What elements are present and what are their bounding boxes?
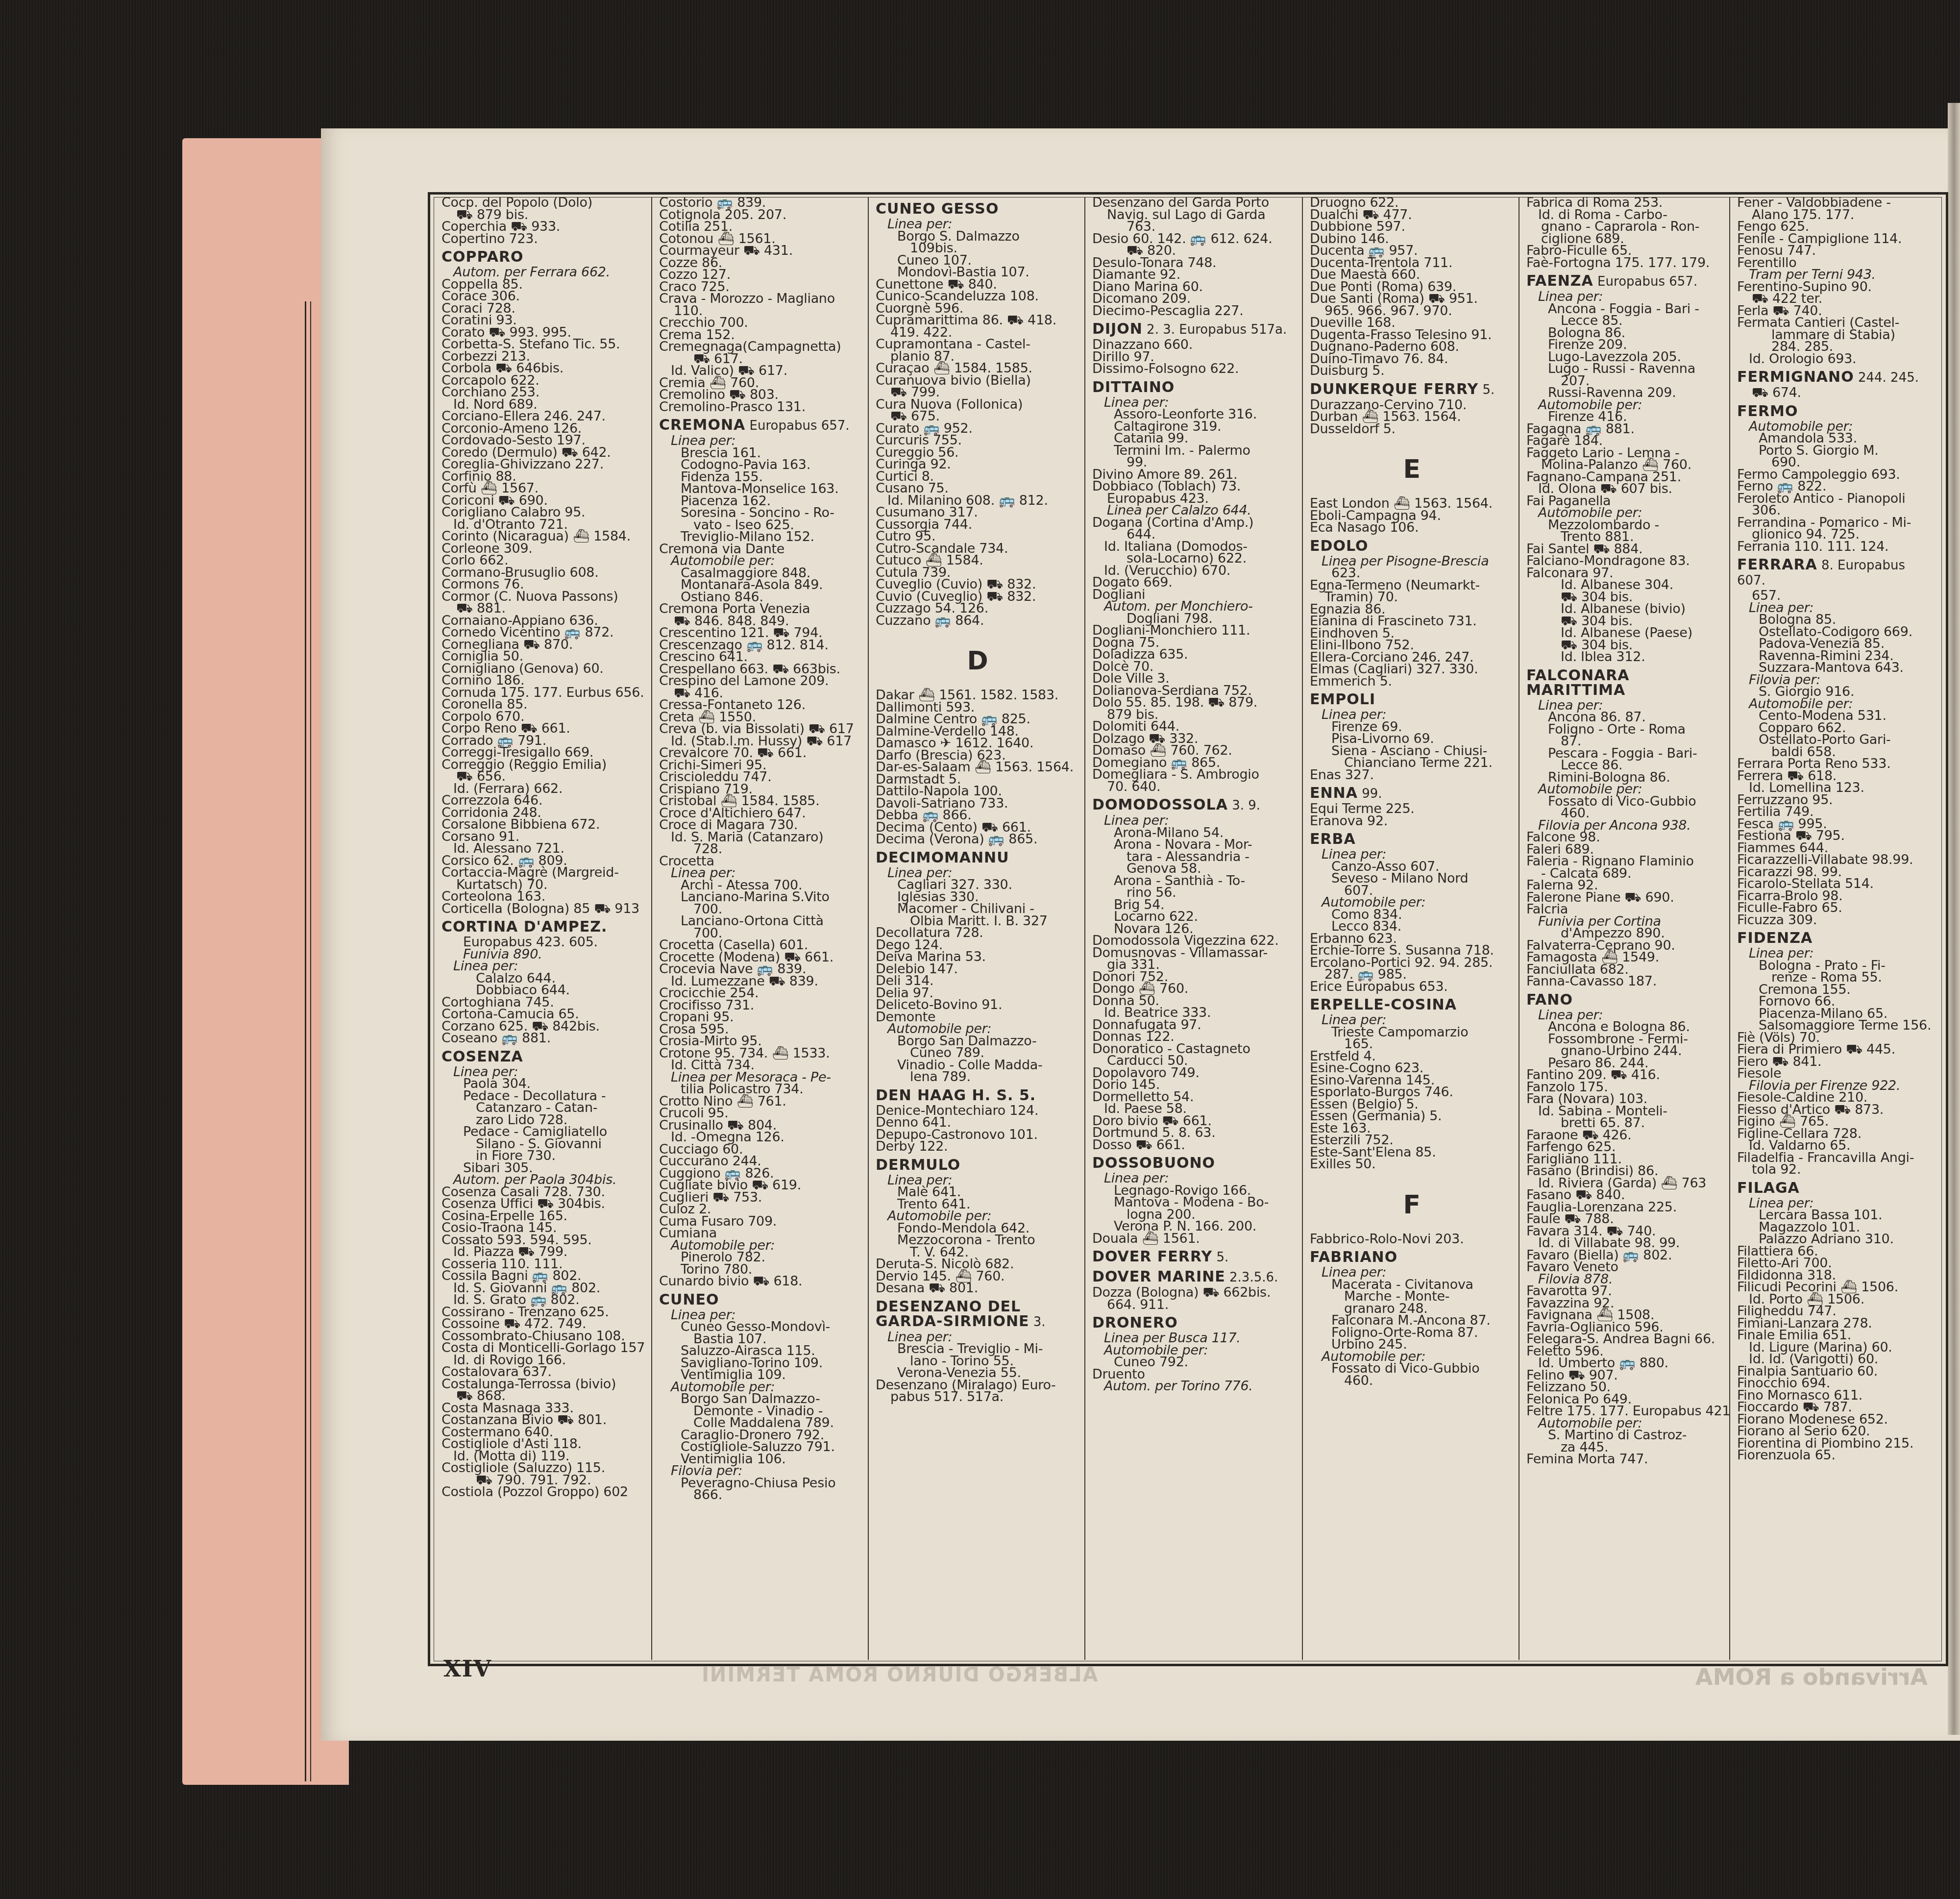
index-entry: Dusseldorf 5. bbox=[1310, 423, 1514, 436]
index-entry: Mezzocorona - Trento bbox=[876, 1234, 1079, 1247]
heading-label: DEN HAAG H. S. 5. bbox=[876, 1087, 1036, 1104]
page-number: XIV bbox=[443, 1655, 492, 1682]
index-entry: Lanciano-Marina S.Vito bbox=[659, 891, 863, 904]
heading-references: Europabus 657. bbox=[1593, 274, 1697, 289]
index-entry: Eranova 92. bbox=[1310, 815, 1514, 828]
index-entry: ⛟ 674. bbox=[1737, 387, 1937, 399]
heading-label: CORTINA D'AMPEZ. bbox=[441, 918, 607, 936]
index-entry: Seveso - Milano Nord bbox=[1310, 873, 1514, 885]
station-heading: DITTAINO bbox=[1092, 380, 1297, 395]
heading-label: DOMODOSSOLA bbox=[1092, 796, 1228, 814]
index-entry: Navig. sul Lago di Garda bbox=[1092, 209, 1297, 222]
station-heading: CORTINA D'AMPEZ. bbox=[441, 920, 646, 935]
index-entry: Diecimo-Pescaglia 227. bbox=[1092, 305, 1297, 318]
heading-label: CREMONA bbox=[659, 417, 745, 434]
station-heading: FABRIANO bbox=[1310, 1250, 1514, 1265]
heading-references: 3. bbox=[1029, 1315, 1046, 1330]
index-entry: Fossato di Vico-Gubbio bbox=[1310, 1363, 1514, 1375]
heading-references: 99. bbox=[1358, 787, 1382, 801]
index-column-1: Cocp. del Popolo (Dolo)⛟ 879 bis.Coperch… bbox=[435, 197, 652, 1660]
index-entry: Termini Im. - Palermo bbox=[1092, 445, 1297, 457]
index-column-4: Desenzano del Garda PortoNavig. sul Lago… bbox=[1085, 197, 1303, 1660]
heading-label: FALCONARA MARITTIMA bbox=[1526, 667, 1630, 699]
cover-border-rule bbox=[305, 301, 311, 1781]
index-entry: Trieste Campomarzio bbox=[1310, 1027, 1514, 1039]
heading-label: DESENZANO DEL GARDA-SIRMIONE bbox=[876, 1298, 1029, 1330]
index-entry: tola 92. bbox=[1737, 1164, 1937, 1176]
bleed-through-text: ALBERGO DIURNO ROMA TERMINI bbox=[701, 1664, 1098, 1686]
index-entry: Cunardo bivio ⛟ 618. bbox=[659, 1276, 863, 1288]
index-entry: lena 789. bbox=[876, 1071, 1079, 1084]
station-heading: EMPOLI bbox=[1310, 692, 1514, 707]
heading-label: DRONERO bbox=[1092, 1314, 1178, 1332]
index-entry: 664. 911. bbox=[1092, 1299, 1297, 1311]
station-heading: ERPELLE-COSINA bbox=[1310, 998, 1514, 1012]
station-heading: DEN HAAG H. S. 5. bbox=[876, 1088, 1079, 1103]
station-heading: COSENZA bbox=[441, 1050, 646, 1064]
station-heading: FERMO bbox=[1737, 404, 1937, 419]
heading-label: DIJON bbox=[1092, 321, 1143, 338]
heading-references: 3. 9. bbox=[1228, 798, 1260, 813]
station-heading: DIJON 2. 3. Europabus 517a. bbox=[1092, 322, 1297, 337]
heading-references: 5. bbox=[1478, 383, 1494, 397]
index-entry: Autom. per Torino 776. bbox=[1092, 1381, 1297, 1393]
station-heading: CUNEO bbox=[659, 1293, 863, 1307]
index-entry: Id. Orologio 693. bbox=[1737, 353, 1937, 366]
index-column-6: Fabrica di Roma 253.Id. di Roma - Carbo-… bbox=[1519, 197, 1730, 1660]
index-entry: Desana ⛟ 801. bbox=[876, 1282, 1079, 1295]
index-entry: Femina Morta 747. bbox=[1526, 1454, 1724, 1466]
index-entry: Enas 327. bbox=[1310, 769, 1514, 782]
index-entry: Cremolino-Prasco 131. bbox=[659, 401, 863, 414]
index-entry: Borgo S. Dalmazzo bbox=[876, 231, 1079, 243]
heading-references: Europabus 657. bbox=[745, 419, 849, 433]
index-entry: Lanciano-Ortona Città bbox=[659, 915, 863, 928]
heading-label: ERBA bbox=[1310, 831, 1356, 848]
index-entry: Desio 60. 142. 🚌 612. 624. bbox=[1092, 233, 1297, 246]
heading-label: DITTAINO bbox=[1092, 379, 1175, 396]
index-entry: Vinadio - Colle Madda- bbox=[876, 1060, 1079, 1072]
heading-label: COSENZA bbox=[441, 1048, 523, 1065]
station-heading: FERRARA 8. Europabus 607. bbox=[1737, 558, 1937, 588]
index-entry: Coseano 🚌 881. bbox=[441, 1033, 646, 1045]
page-stack-edge bbox=[1948, 103, 1960, 1735]
index-entry: Cuzzano 🚌 864. bbox=[876, 615, 1079, 627]
index-entry: Dosso ⛟ 661. bbox=[1092, 1139, 1297, 1152]
index-entry: Ancona - Foggia - Bari - bbox=[1526, 303, 1724, 316]
index-entry: Dissimo-Folsogno 622. bbox=[1092, 363, 1297, 375]
index-entry: Foligno - Orte - Roma bbox=[1526, 724, 1724, 736]
station-heading: FERMIGNANO 244. 245. bbox=[1737, 370, 1937, 385]
index-entry: Exilles 50. bbox=[1310, 1159, 1514, 1171]
heading-label: FERRARA bbox=[1737, 556, 1817, 573]
heading-label: COPPARO bbox=[441, 248, 524, 266]
index-entry: Duisburg 5. bbox=[1310, 365, 1514, 377]
bleed-through-text-2: Arrivando a ROMA bbox=[1695, 1664, 1928, 1690]
station-heading: CUNEO GESSO bbox=[876, 202, 1079, 217]
index-entry: Copertino 723. bbox=[441, 233, 646, 246]
index-entry: Cremegnaga(Campagnetta) bbox=[659, 341, 863, 353]
index-entry: Lugo - Russi - Ravenna bbox=[1526, 363, 1724, 375]
heading-references: 2.3.5.6. bbox=[1225, 1270, 1278, 1285]
station-heading: DRONERO bbox=[1092, 1316, 1297, 1331]
heading-label: FABRIANO bbox=[1310, 1249, 1397, 1266]
index-entry: Eca Nasago 106. bbox=[1310, 522, 1514, 534]
index-column-7: Fener - Valdobbiadene -Alano 175. 177.Fe… bbox=[1730, 197, 1942, 1660]
heading-label: DOSSOBUONO bbox=[1092, 1155, 1215, 1172]
heading-label: CUNEO bbox=[659, 1291, 719, 1308]
index-entry: Ficuzza 309. bbox=[1737, 914, 1937, 927]
heading-references: 2. 3. Europabus 517a. bbox=[1143, 322, 1287, 337]
heading-label: DOVER FERRY bbox=[1092, 1248, 1212, 1265]
station-heading: DUNKERQUE FERRY 5. bbox=[1310, 382, 1514, 397]
heading-label: FILAGA bbox=[1737, 1180, 1800, 1197]
index-entry: lammare di Stabia) bbox=[1737, 329, 1937, 342]
station-heading: CREMONA Europabus 657. bbox=[659, 418, 863, 433]
station-heading: FANO bbox=[1526, 993, 1724, 1008]
heading-label: DECIMOMANNU bbox=[876, 849, 1009, 866]
heading-references: 5. bbox=[1212, 1250, 1228, 1265]
station-heading: COPPARO bbox=[441, 250, 646, 265]
station-heading: DECIMOMANNU bbox=[876, 851, 1079, 865]
index-entry: Porto S. Giorgio M. bbox=[1737, 445, 1937, 457]
station-heading: DOVER MARINE 2.3.5.6. bbox=[1092, 1270, 1297, 1285]
station-heading: DOVER FERRY 5. bbox=[1092, 1250, 1297, 1265]
station-heading: FILAGA bbox=[1737, 1181, 1937, 1196]
index-entry: Peveragno-Chiusa Pesio bbox=[659, 1478, 863, 1490]
index-entry: 70. 640. bbox=[1092, 781, 1297, 793]
index-entry: Faè-Fortogna 175. 177. 179. bbox=[1526, 257, 1724, 270]
index-entry: Pescara - Foggia - Bari- bbox=[1526, 748, 1724, 760]
index-entry: 866. bbox=[659, 1489, 863, 1502]
station-heading: DOSSOBUONO bbox=[1092, 1156, 1297, 1171]
station-heading: DOMODOSSOLA 3. 9. bbox=[1092, 798, 1297, 813]
heading-label: FANO bbox=[1526, 991, 1573, 1009]
station-heading: FALCONARA MARITTIMA bbox=[1526, 668, 1724, 698]
index-entry: Fiorenzuola 65. bbox=[1737, 1450, 1937, 1462]
index-entry: Ferrania 110. 111. 124. bbox=[1737, 541, 1937, 553]
index-entry: Corticella (Bologna) 85 ⛟ 913 bbox=[441, 903, 646, 915]
station-heading: ENNA 99. bbox=[1310, 786, 1514, 801]
index-entry: 460. bbox=[1310, 1375, 1514, 1387]
index-entry: Fossato di Vico-Gubbio bbox=[1526, 796, 1724, 808]
heading-label: FERMO bbox=[1737, 403, 1798, 420]
index-entry: Arona - Santhià - To- bbox=[1092, 875, 1297, 888]
heading-label: FAENZA bbox=[1526, 272, 1593, 290]
station-heading: FAENZA Europabus 657. bbox=[1526, 274, 1724, 289]
station-heading: FIDENZA bbox=[1737, 931, 1937, 946]
heading-label: FIDENZA bbox=[1737, 930, 1813, 947]
index-column-5: Druogno 622.Dualchi ⛟ 477.Dubbione 597.D… bbox=[1303, 197, 1519, 1660]
index-entry: S. Martino di Castroz- bbox=[1526, 1430, 1724, 1442]
index-column-3: CUNEO GESSOLinea per:Borgo S. Dalmazzo10… bbox=[869, 197, 1085, 1660]
heading-label: DUNKERQUE FERRY bbox=[1310, 381, 1478, 398]
heading-label: CUNEO GESSO bbox=[876, 200, 999, 218]
heading-label: EMPOLI bbox=[1310, 691, 1375, 708]
section-letter: D bbox=[876, 646, 1079, 676]
heading-label: ENNA bbox=[1310, 785, 1358, 802]
index-entry: Decima (Verona) 🚌 865. bbox=[876, 834, 1079, 846]
section-letter: E bbox=[1310, 455, 1514, 484]
index-entry: Douala ⛴ 1561. bbox=[1092, 1233, 1297, 1245]
station-heading: ERBA bbox=[1310, 832, 1514, 847]
index-entry: Dogana (Cortina d'Amp.) bbox=[1092, 517, 1297, 529]
section-letter: F bbox=[1310, 1190, 1514, 1220]
index-entry: Erice Europabus 653. bbox=[1310, 981, 1514, 993]
index-column-2: Costorio 🚌 839.Cotignola 205. 207.Cotili… bbox=[652, 197, 869, 1660]
station-heading: EDOLO bbox=[1310, 539, 1514, 554]
heading-label: DERMULO bbox=[876, 1157, 960, 1174]
station-heading: DERMULO bbox=[876, 1158, 1079, 1173]
index-entry: Ostellato-Porto Gari- bbox=[1737, 734, 1937, 746]
index-entry: Derby 122. bbox=[876, 1141, 1079, 1153]
heading-label: FERMIGNANO bbox=[1737, 369, 1854, 386]
index-entry: Emmerich 5. bbox=[1310, 676, 1514, 688]
index-entry: Costiola (Pozzol Groppo) 602 bbox=[441, 1486, 646, 1499]
heading-label: DOVER MARINE bbox=[1092, 1268, 1225, 1285]
heading-label: ERPELLE-COSINA bbox=[1310, 996, 1457, 1013]
index-entry: Id. Iblea 312. bbox=[1526, 651, 1724, 664]
heading-label: EDOLO bbox=[1310, 538, 1368, 555]
index-entry: Fabbrico-Rolo-Novi 203. bbox=[1310, 1233, 1514, 1246]
heading-references: 244. 245. bbox=[1854, 370, 1919, 385]
index-entry: pabus 517. 517a. bbox=[876, 1391, 1079, 1404]
station-heading: DESENZANO DEL GARDA-SIRMIONE 3. bbox=[876, 1300, 1079, 1330]
index-entry: Fanna-Cavasso 187. bbox=[1526, 976, 1724, 988]
index-entry: Id. S. Maria (Catanzaro) bbox=[659, 832, 863, 844]
